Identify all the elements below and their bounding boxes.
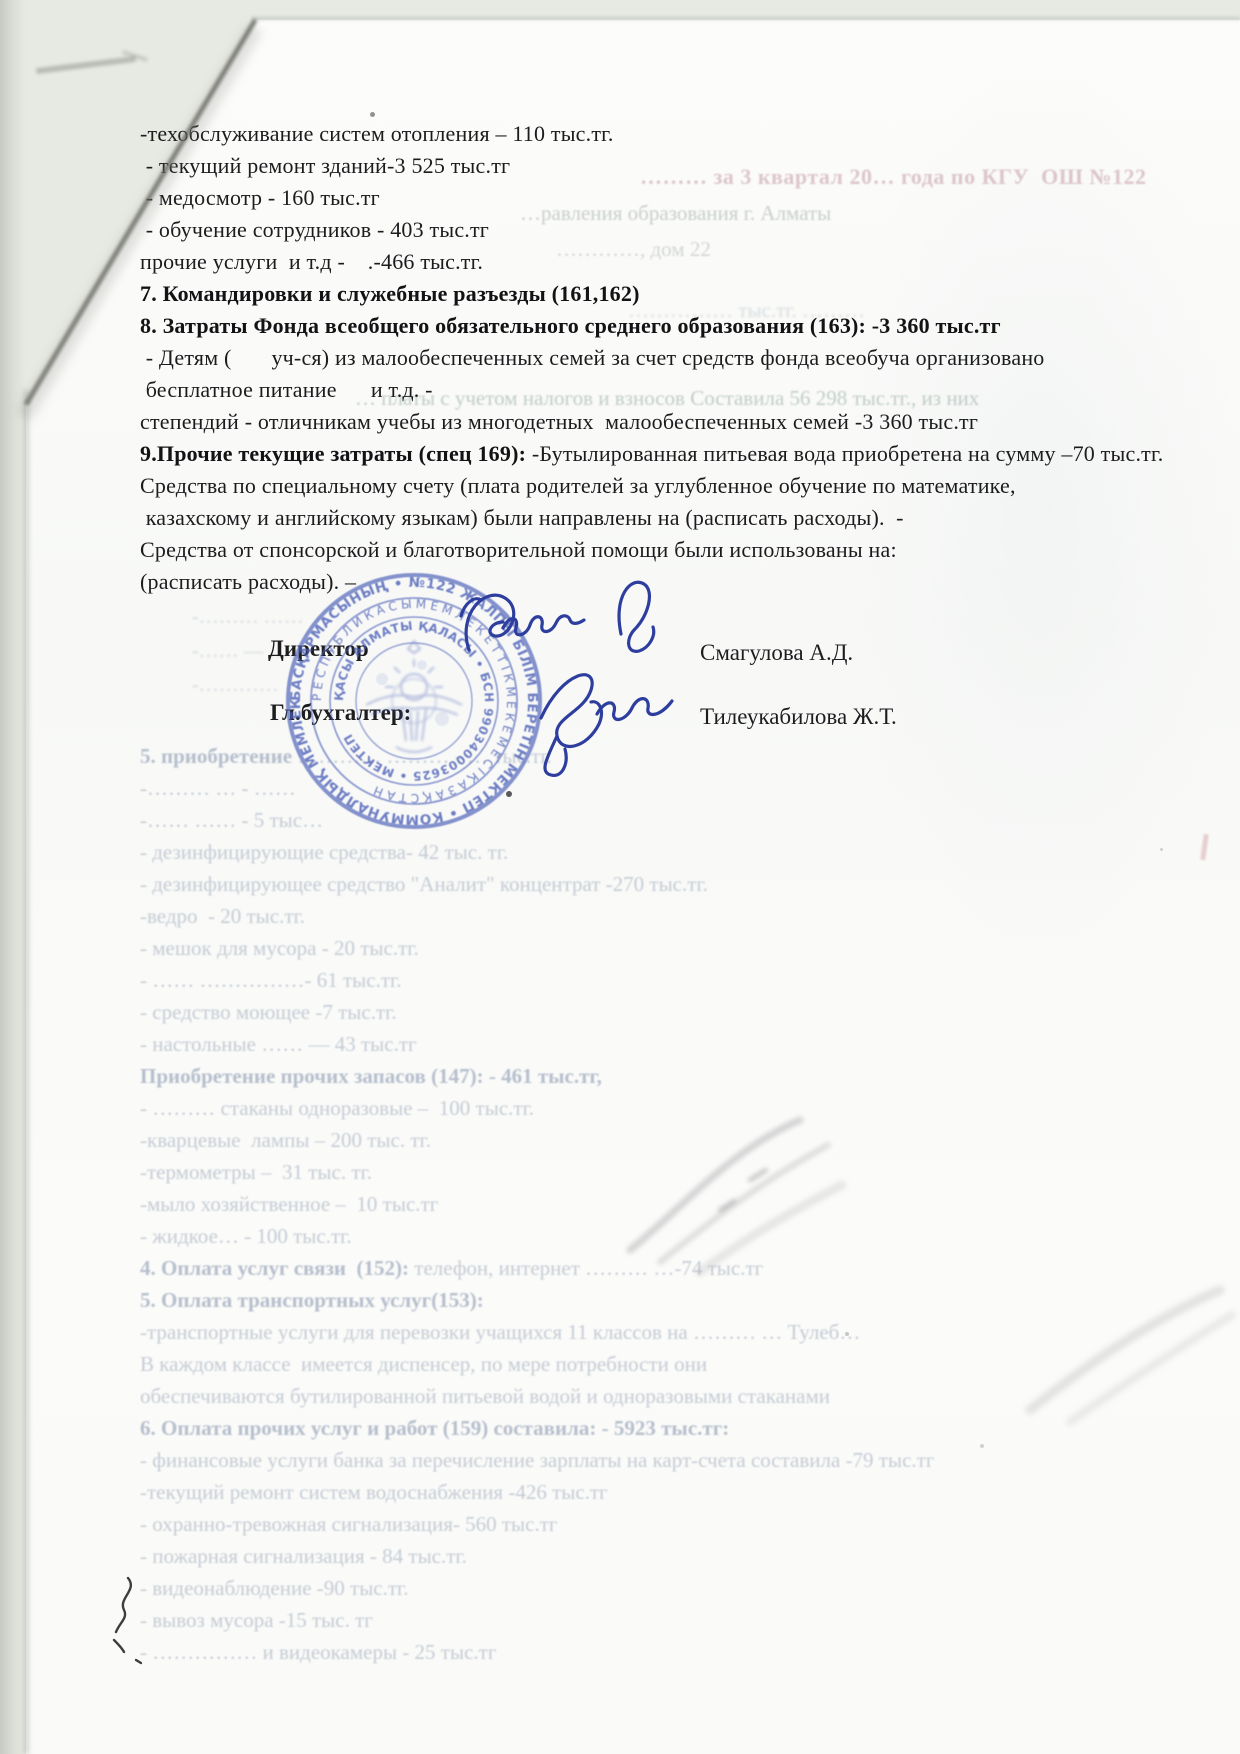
report-line: - медосмотр - 160 тыс.тг <box>0 182 1240 214</box>
scan-speck <box>980 1444 984 1448</box>
bleed-through-line: -термометры – 31 тыс. тг. <box>0 1156 1240 1188</box>
report-line: 9.Прочие текущие затраты (спец 169): -Бу… <box>0 438 1240 470</box>
bleed-through-line: В каждом классе имеется диспенсер, по ме… <box>0 1348 1240 1380</box>
report-line: Средства по специальному счету (плата ро… <box>0 470 1240 502</box>
report-line: 7. Командировки и служебные разъезды (16… <box>0 278 1240 310</box>
bleed-through-line: - средство моющее -7 тыс.тг. <box>0 996 1240 1028</box>
report-line: бесплатное питание и т.д. - <box>0 374 1240 406</box>
scan-speck <box>845 1332 849 1336</box>
bleed-through-line: - жидкое… - 100 тыс.тг. <box>0 1220 1240 1252</box>
ink-dot <box>506 791 512 797</box>
bleed-through-line: - финансовые услуги банка за перечислени… <box>0 1444 1240 1476</box>
bleed-through-line: - настольные …… — 43 тыс.тг <box>0 1028 1240 1060</box>
bleed-through-line: -транспортные услуги для перевозки учащи… <box>0 1316 1240 1348</box>
bleed-through-line: -…… …… - 5 тыс… <box>0 804 1240 836</box>
bleed-through-line: - мешок для мусора - 20 тыс.тг. <box>0 932 1240 964</box>
bleed-through-line: -кварцевые лампы – 200 тыс. тг. <box>0 1124 1240 1156</box>
bleed-through-line: Приобретение прочих запасов (147): - 461… <box>0 1060 1240 1092</box>
bleed-through-text-block: 5. приобретение ………… ……… - … тыс.тг.-………… <box>0 740 1240 1668</box>
handwritten-mark <box>100 1572 160 1667</box>
report-line: - Детям ( уч-ся) из малообеспеченных сем… <box>0 342 1240 374</box>
report-text-block: -техобслуживание систем отопления – 110 … <box>0 118 1240 598</box>
bleed-through-line: -ведро - 20 тыс.тг. <box>0 900 1240 932</box>
bleed-through-line: - охранно-тревожная сигнализация- 560 ты… <box>0 1508 1240 1540</box>
page-left-edge <box>24 390 29 1754</box>
bleed-through-line: 5. Оплата транспортных услуг(153): <box>0 1284 1240 1316</box>
stamp-ink-noise <box>376 660 449 726</box>
bleed-through-line: - …………… и видеокамеры - 25 тыс.тг <box>0 1636 1240 1668</box>
scan-streak <box>36 56 136 74</box>
bleed-through-line: - …… ……………- 61 тыс.тг. <box>0 964 1240 996</box>
bleed-through-line: - пожарная сигнализация - 84 тыс.тг. <box>0 1540 1240 1572</box>
bleed-through-line: 6. Оплата прочих услуг и работ (159) сос… <box>0 1412 1240 1444</box>
bleed-through-line: 4. Оплата услуг связи (152): телефон, ин… <box>0 1252 1240 1284</box>
stamp-emblem <box>366 641 462 752</box>
report-line: 8. Затраты Фонда всеобщего обязательного… <box>0 310 1240 342</box>
accountant-signature <box>505 652 715 782</box>
bleed-through-line: -мыло хозяйственное – 10 тыс.тг <box>0 1188 1240 1220</box>
accountant-name: Тилеукабилова Ж.Т. <box>700 704 897 730</box>
report-line: - обучение сотрудников - 403 тыс.тг <box>0 214 1240 246</box>
scan-speck <box>370 112 375 117</box>
bleed-through-line: - ……… стаканы одноразовые – 100 тыс.тг. <box>0 1092 1240 1124</box>
bleed-through-line: -текущий ремонт систем водоснабжения -42… <box>0 1476 1240 1508</box>
bleed-through-line: - вывоз мусора -15 тыс. тг <box>0 1604 1240 1636</box>
bleed-through-line: - дезинфицирующие средства- 42 тыс. тг. <box>0 836 1240 868</box>
report-line: Средства от спонсорской и благотворитель… <box>0 534 1240 566</box>
report-line: прочие услуги и т.д - .-466 тыс.тг. <box>0 246 1240 278</box>
bleed-through-line: - дезинфицирующее средство "Аналит" конц… <box>0 868 1240 900</box>
page-top-edge <box>252 17 1240 20</box>
director-name: Смагулова А.Д. <box>700 640 853 666</box>
bleed-through-line: обеспечиваются бутилированной питьевой в… <box>0 1380 1240 1412</box>
report-line: казахскому и английскому языкам) были на… <box>0 502 1240 534</box>
bleed-through-line: - видеонаблюдение -90 тыс.тг. <box>0 1572 1240 1604</box>
scan-speck <box>1160 848 1163 851</box>
scanned-document: ……… за 3 квартал 20… года по КГУ ОШ №122… <box>0 0 1240 1754</box>
report-line: степендий - отличникам учебы из многодет… <box>0 406 1240 438</box>
